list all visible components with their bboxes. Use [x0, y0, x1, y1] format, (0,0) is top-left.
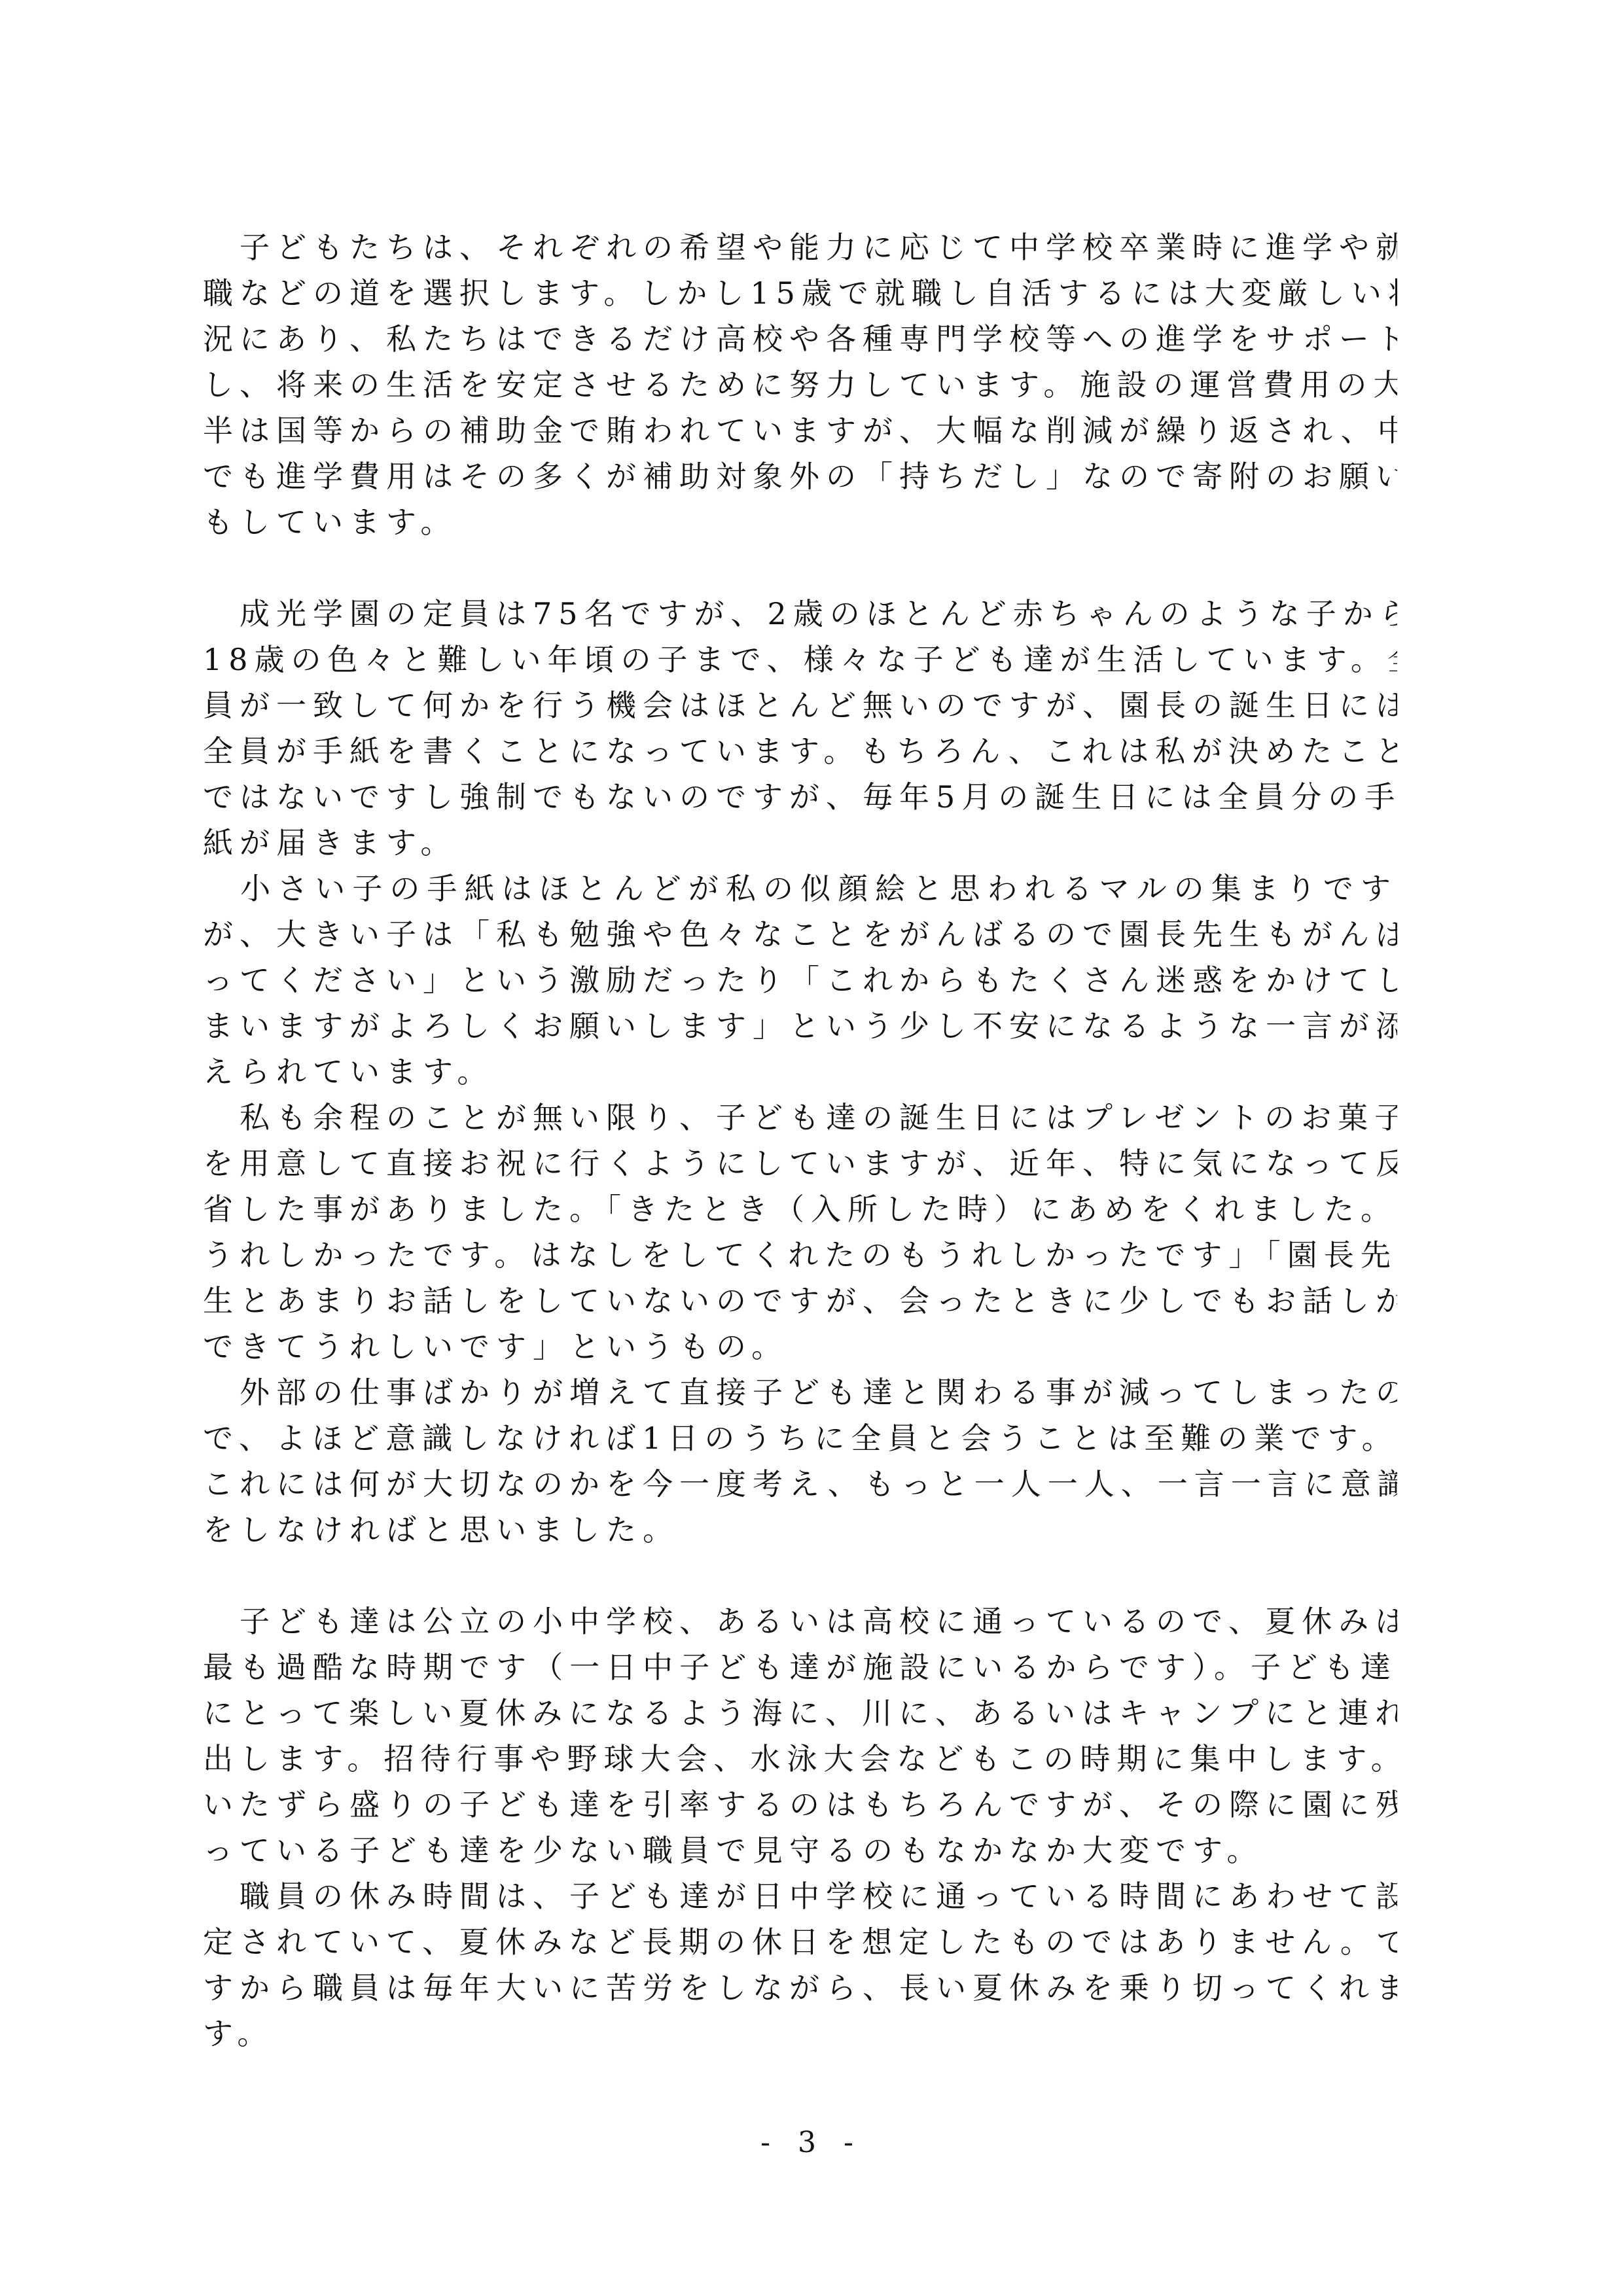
text-line: もしています。 — [203, 499, 1397, 545]
text-line: 半は国等からの補助金で賄われていますが、大幅な削減が繰り返され、中 — [203, 408, 1397, 453]
text-line: 全員が手紙を書くことになっています。もちろん、これは私が決めたこと — [203, 728, 1397, 774]
text-line: 小さい子の手紙はほとんどが私の似顔絵と思われるマルの集まりです — [203, 866, 1397, 911]
text-line: 省した事がありました。「きたとき（入所した時）にあめをくれました。 — [203, 1186, 1397, 1232]
text-line: うれしかったです。はなしをしてくれたのもうれしかったです」「園長先 — [203, 1232, 1397, 1278]
text-line: まいますがよろしくお願いします」という少し不安になるような一言が添 — [203, 1003, 1397, 1049]
text-line: 私も余程のことが無い限り、子ども達の誕生日にはプレゼントのお菓子 — [203, 1095, 1397, 1140]
text-line: 定されていて、夏休みなど長期の休日を想定したものではありません。で — [203, 1919, 1397, 1965]
text-line: できてうれしいです」というもの。 — [203, 1324, 1397, 1369]
text-line: をしなければと思いました。 — [203, 1507, 1397, 1553]
text-line: ではないですし強制でもないのですが、毎年5月の誕生日には全員分の手 — [203, 774, 1397, 820]
text-line: を用意して直接お祝に行くようにしていますが、近年、特に気になって反 — [203, 1140, 1397, 1186]
document-page: 子どもたちは、それぞれの希望や能力に応じて中学校卒業時に進学や就 職などの道を選… — [0, 0, 1623, 2296]
text-line: 職員の休み時間は、子ども達が日中学校に通っている時間にあわせて設 — [203, 1873, 1397, 1919]
text-line: すから職員は毎年大いに苦労をしながら、長い夏休みを乗り切ってくれま — [203, 1965, 1397, 2011]
paragraph: 職員の休み時間は、子ども達が日中学校に通っている時間にあわせて設 定されていて、… — [203, 1873, 1397, 2057]
paragraph: 成光学園の定員は75名ですが、2歳のほとんど赤ちゃんのような子から 18歳の色々… — [203, 591, 1397, 866]
text-line: これには何が大切なのかを今一度考え、もっと一人一人、一言一言に意識 — [203, 1461, 1397, 1507]
paragraph: 小さい子の手紙はほとんどが私の似顔絵と思われるマルの集まりです が、大きい子は「… — [203, 866, 1397, 1095]
text-line: っている子ども達を少ない職員で見守るのもなかなか大変です。 — [203, 1828, 1397, 1873]
text-line: し、将来の生活を安定させるために努力しています。施設の運営費用の大 — [203, 362, 1397, 408]
text-line: で、よほど意識しなければ1日のうちに全員と会うことは至難の業です。 — [203, 1415, 1397, 1461]
text-line: えられています。 — [203, 1049, 1397, 1095]
paragraph: 子ども達は公立の小中学校、あるいは高校に通っているので、夏休みは 最も過酷な時期… — [203, 1598, 1397, 1873]
text-line: 況にあり、私たちはできるだけ高校や各種専門学校等への進学をサポート — [203, 316, 1397, 362]
text-line: が、大きい子は「私も勉強や色々なことをがんばるので園長先生もがんば — [203, 911, 1397, 957]
text-line: でも進学費用はその多くが補助対象外の「持ちだし」なので寄附のお願い — [203, 453, 1397, 499]
paragraph: 外部の仕事ばかりが増えて直接子ども達と関わる事が減ってしまったの で、よほど意識… — [203, 1369, 1397, 1553]
text-line: 出します。招待行事や野球大会、水泳大会などもこの時期に集中します。 — [203, 1736, 1397, 1782]
paragraph: 私も余程のことが無い限り、子ども達の誕生日にはプレゼントのお菓子 を用意して直接… — [203, 1095, 1397, 1369]
text-line: 員が一致して何かを行う機会はほとんど無いのですが、園長の誕生日には — [203, 682, 1397, 728]
text-line: 職などの道を選択します。しかし15歳で就職し自活するには大変厳しい状 — [203, 270, 1397, 316]
text-line: 18歳の色々と難しい年頃の子まで、様々な子ども達が生活しています。全 — [203, 637, 1397, 682]
text-line: いたずら盛りの子ども達を引率するのはもちろんですが、その際に園に残 — [203, 1782, 1397, 1828]
text-line: 子ども達は公立の小中学校、あるいは高校に通っているので、夏休みは — [203, 1598, 1397, 1644]
text-line: 最も過酷な時期です（一日中子ども達が施設にいるからです）。子ども達 — [203, 1644, 1397, 1690]
text-line: 生とあまりお話しをしていないのですが、会ったときに少しでもお話しが — [203, 1278, 1397, 1324]
text-line: す。 — [203, 2011, 1397, 2057]
text-line: 子どもたちは、それぞれの希望や能力に応じて中学校卒業時に進学や就 — [203, 224, 1397, 270]
text-line: 成光学園の定員は75名ですが、2歳のほとんど赤ちゃんのような子から — [203, 591, 1397, 637]
text-body: 子どもたちは、それぞれの希望や能力に応じて中学校卒業時に進学や就 職などの道を選… — [203, 224, 1397, 2057]
text-line: にとって楽しい夏休みになるよう海に、川に、あるいはキャンプにと連れ — [203, 1690, 1397, 1736]
text-line: 紙が届きます。 — [203, 820, 1397, 866]
text-line: ってください」という激励だったり「これからもたくさん迷惑をかけてし — [203, 957, 1397, 1003]
paragraph: 子どもたちは、それぞれの希望や能力に応じて中学校卒業時に進学や就 職などの道を選… — [203, 224, 1397, 545]
text-line: 外部の仕事ばかりが増えて直接子ども達と関わる事が減ってしまったの — [203, 1369, 1397, 1415]
page-number: - 3 - — [0, 2120, 1623, 2166]
